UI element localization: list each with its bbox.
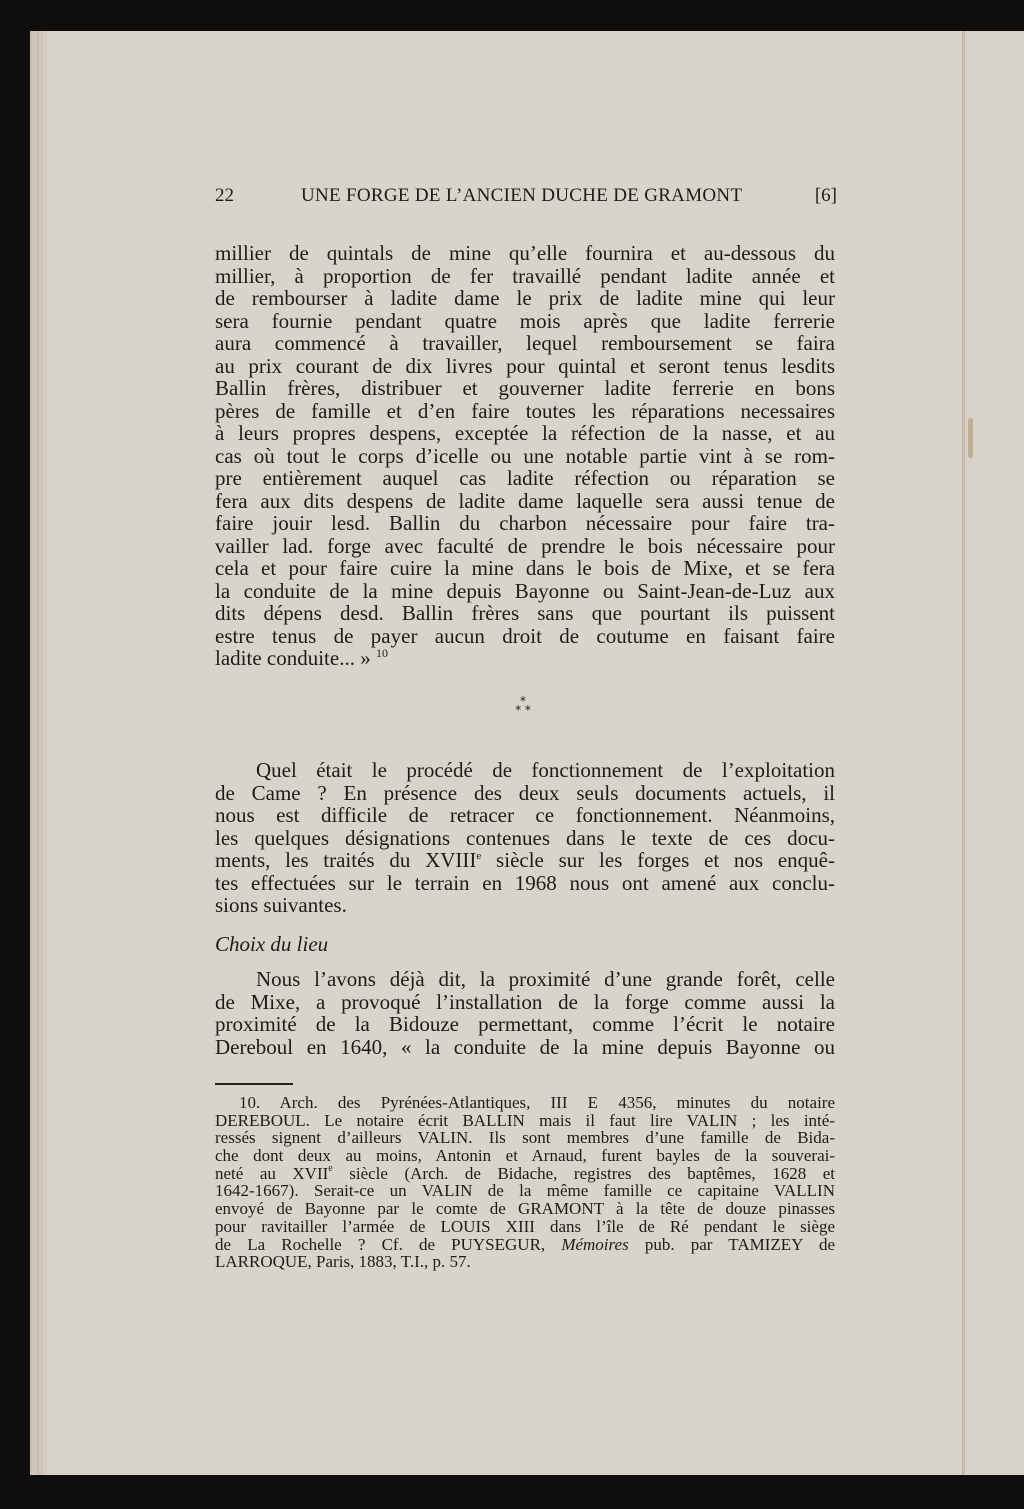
text-line: vailler lad. forge avec faculté de prend…	[215, 535, 835, 558]
footnote-line: 10. Arch. des Pyrénées-Atlantiques, III …	[215, 1094, 835, 1112]
text-fragment: pub. par TAMIZEY de	[629, 1235, 835, 1254]
footnote-10: 10. Arch. des Pyrénées-Atlantiques, III …	[215, 1094, 835, 1271]
running-title: UNE FORGE DE L’ANCIEN DUCHE DE GRAMONT	[301, 185, 742, 207]
quote-end: ladite conduite... »	[215, 646, 371, 670]
asterism-divider: * * *	[500, 697, 546, 715]
right-page-edge	[965, 31, 1024, 1475]
text-line: cas où tout le corps d’icelle ou une not…	[215, 445, 835, 468]
footnote-separator	[215, 1083, 293, 1085]
subheading: Choix du lieu	[215, 932, 328, 957]
footnote-line: envoyé de Bayonne par le comte de GRAMON…	[215, 1200, 835, 1218]
text-line: sera fournie pendant quatre mois après q…	[215, 310, 835, 333]
paragraph-choix-du-lieu: Nous l’avons déjà dit, la proximité d’un…	[215, 968, 835, 1058]
footnote-line: de La Rochelle ? Cf. de PUYSEGUR, Mémoir…	[215, 1236, 835, 1254]
text-line: Ballin frères, distribuer et gouverner l…	[215, 377, 835, 400]
italic-title: Mémoires	[561, 1235, 628, 1254]
section-marker: [6]	[815, 185, 837, 207]
footnote-line: pour ravitailler l’armée de LOUIS XIII d…	[215, 1218, 835, 1236]
quote-block: millier de quintals de mine qu’elle four…	[215, 242, 835, 670]
footnote-line: che dont deux au moins, Antonin et Arnau…	[215, 1147, 835, 1165]
asterism-bottom: * *	[500, 706, 546, 715]
text-line: ladite conduite... » 10	[215, 647, 835, 670]
text-line: les quelques désignations contenues dans…	[215, 827, 835, 850]
footnote-line: 1642-1667). Serait-ce un VALIN de la mêm…	[215, 1182, 835, 1200]
text-fragment: siècle sur les forges et nos enquê-	[481, 848, 835, 872]
text-line: de Came ? En présence des deux seuls doc…	[215, 782, 835, 805]
text-line: Dereboul en 1640, « la conduite de la mi…	[215, 1036, 835, 1059]
text-line: pères de famille et d’en faire toutes le…	[215, 400, 835, 423]
text-line: de Mixe, a provoqué l’installation de la…	[215, 991, 835, 1014]
text-line: de rembourser à ladite dame le prix de l…	[215, 287, 835, 310]
text-line: faire jouir lesd. Ballin du charbon néce…	[215, 512, 835, 535]
text-line: fera aux dits despens de ladite dame laq…	[215, 490, 835, 513]
text-line: proximité de la Bidouze permettant, comm…	[215, 1013, 835, 1036]
text-line: ments, les traités du XVIIIe siècle sur …	[215, 849, 835, 872]
footnote-line: neté au XVIIe siècle (Arch. de Bidache, …	[215, 1165, 835, 1183]
text-line: nous est difficile de retracer ce foncti…	[215, 804, 835, 827]
text-line: sions suivantes.	[215, 894, 835, 917]
text-line: cela et pour faire cuire la mine dans le…	[215, 557, 835, 580]
text-line: au prix courant de dix livres pour quint…	[215, 355, 835, 378]
page-number: 22	[215, 185, 234, 207]
running-header: 22 UNE FORGE DE L’ANCIEN DUCHE DE GRAMON…	[215, 185, 837, 211]
footnote-line: LARROQUE, Paris, 1883, T.I., p. 57.	[215, 1253, 835, 1271]
scanned-book-spread: 22 UNE FORGE DE L’ANCIEN DUCHE DE GRAMON…	[0, 0, 1024, 1509]
text-line: aura commencé à travailler, lequel rembo…	[215, 332, 835, 355]
text-line: millier de quintals de mine qu’elle four…	[215, 242, 835, 265]
text-fragment: de La Rochelle ? Cf. de PUYSEGUR,	[215, 1235, 561, 1254]
paragraph-fonctionnement: Quel était le procédé de fonctionnement …	[215, 759, 835, 917]
text-line: pre entièrement auquel cas ladite réfect…	[215, 467, 835, 490]
text-line: estre tenus de payer aucun droit de cout…	[215, 625, 835, 648]
text-line: tes effectuées sur le terrain en 1968 no…	[215, 872, 835, 895]
page-edge-stack	[30, 31, 47, 1475]
text-line: à leurs propres despens, exceptée la réf…	[215, 422, 835, 445]
footnote-line: DEREBOUL. Le notaire écrit BALLIN mais i…	[215, 1112, 835, 1130]
text-line: millier, à proportion de fer travaillé p…	[215, 265, 835, 288]
text-line: Quel était le procédé de fonctionnement …	[215, 759, 835, 782]
text-line: dits dépens desd. Ballin frères sans que…	[215, 602, 835, 625]
footnote-reference[interactable]: 10	[376, 646, 388, 660]
text-fragment: neté au XVII	[215, 1164, 328, 1183]
text-fragment: siècle (Arch. de Bidache, registres des …	[333, 1164, 835, 1183]
text-line: la conduite de la mine depuis Bayonne ou…	[215, 580, 835, 603]
text-fragment: ments, les traités du XVIII	[215, 848, 476, 872]
footnote-line: ressés signent d’ailleurs VALIN. Ils son…	[215, 1129, 835, 1147]
text-line: Nous l’avons déjà dit, la proximité d’un…	[215, 968, 835, 991]
paper-stain	[968, 418, 973, 458]
